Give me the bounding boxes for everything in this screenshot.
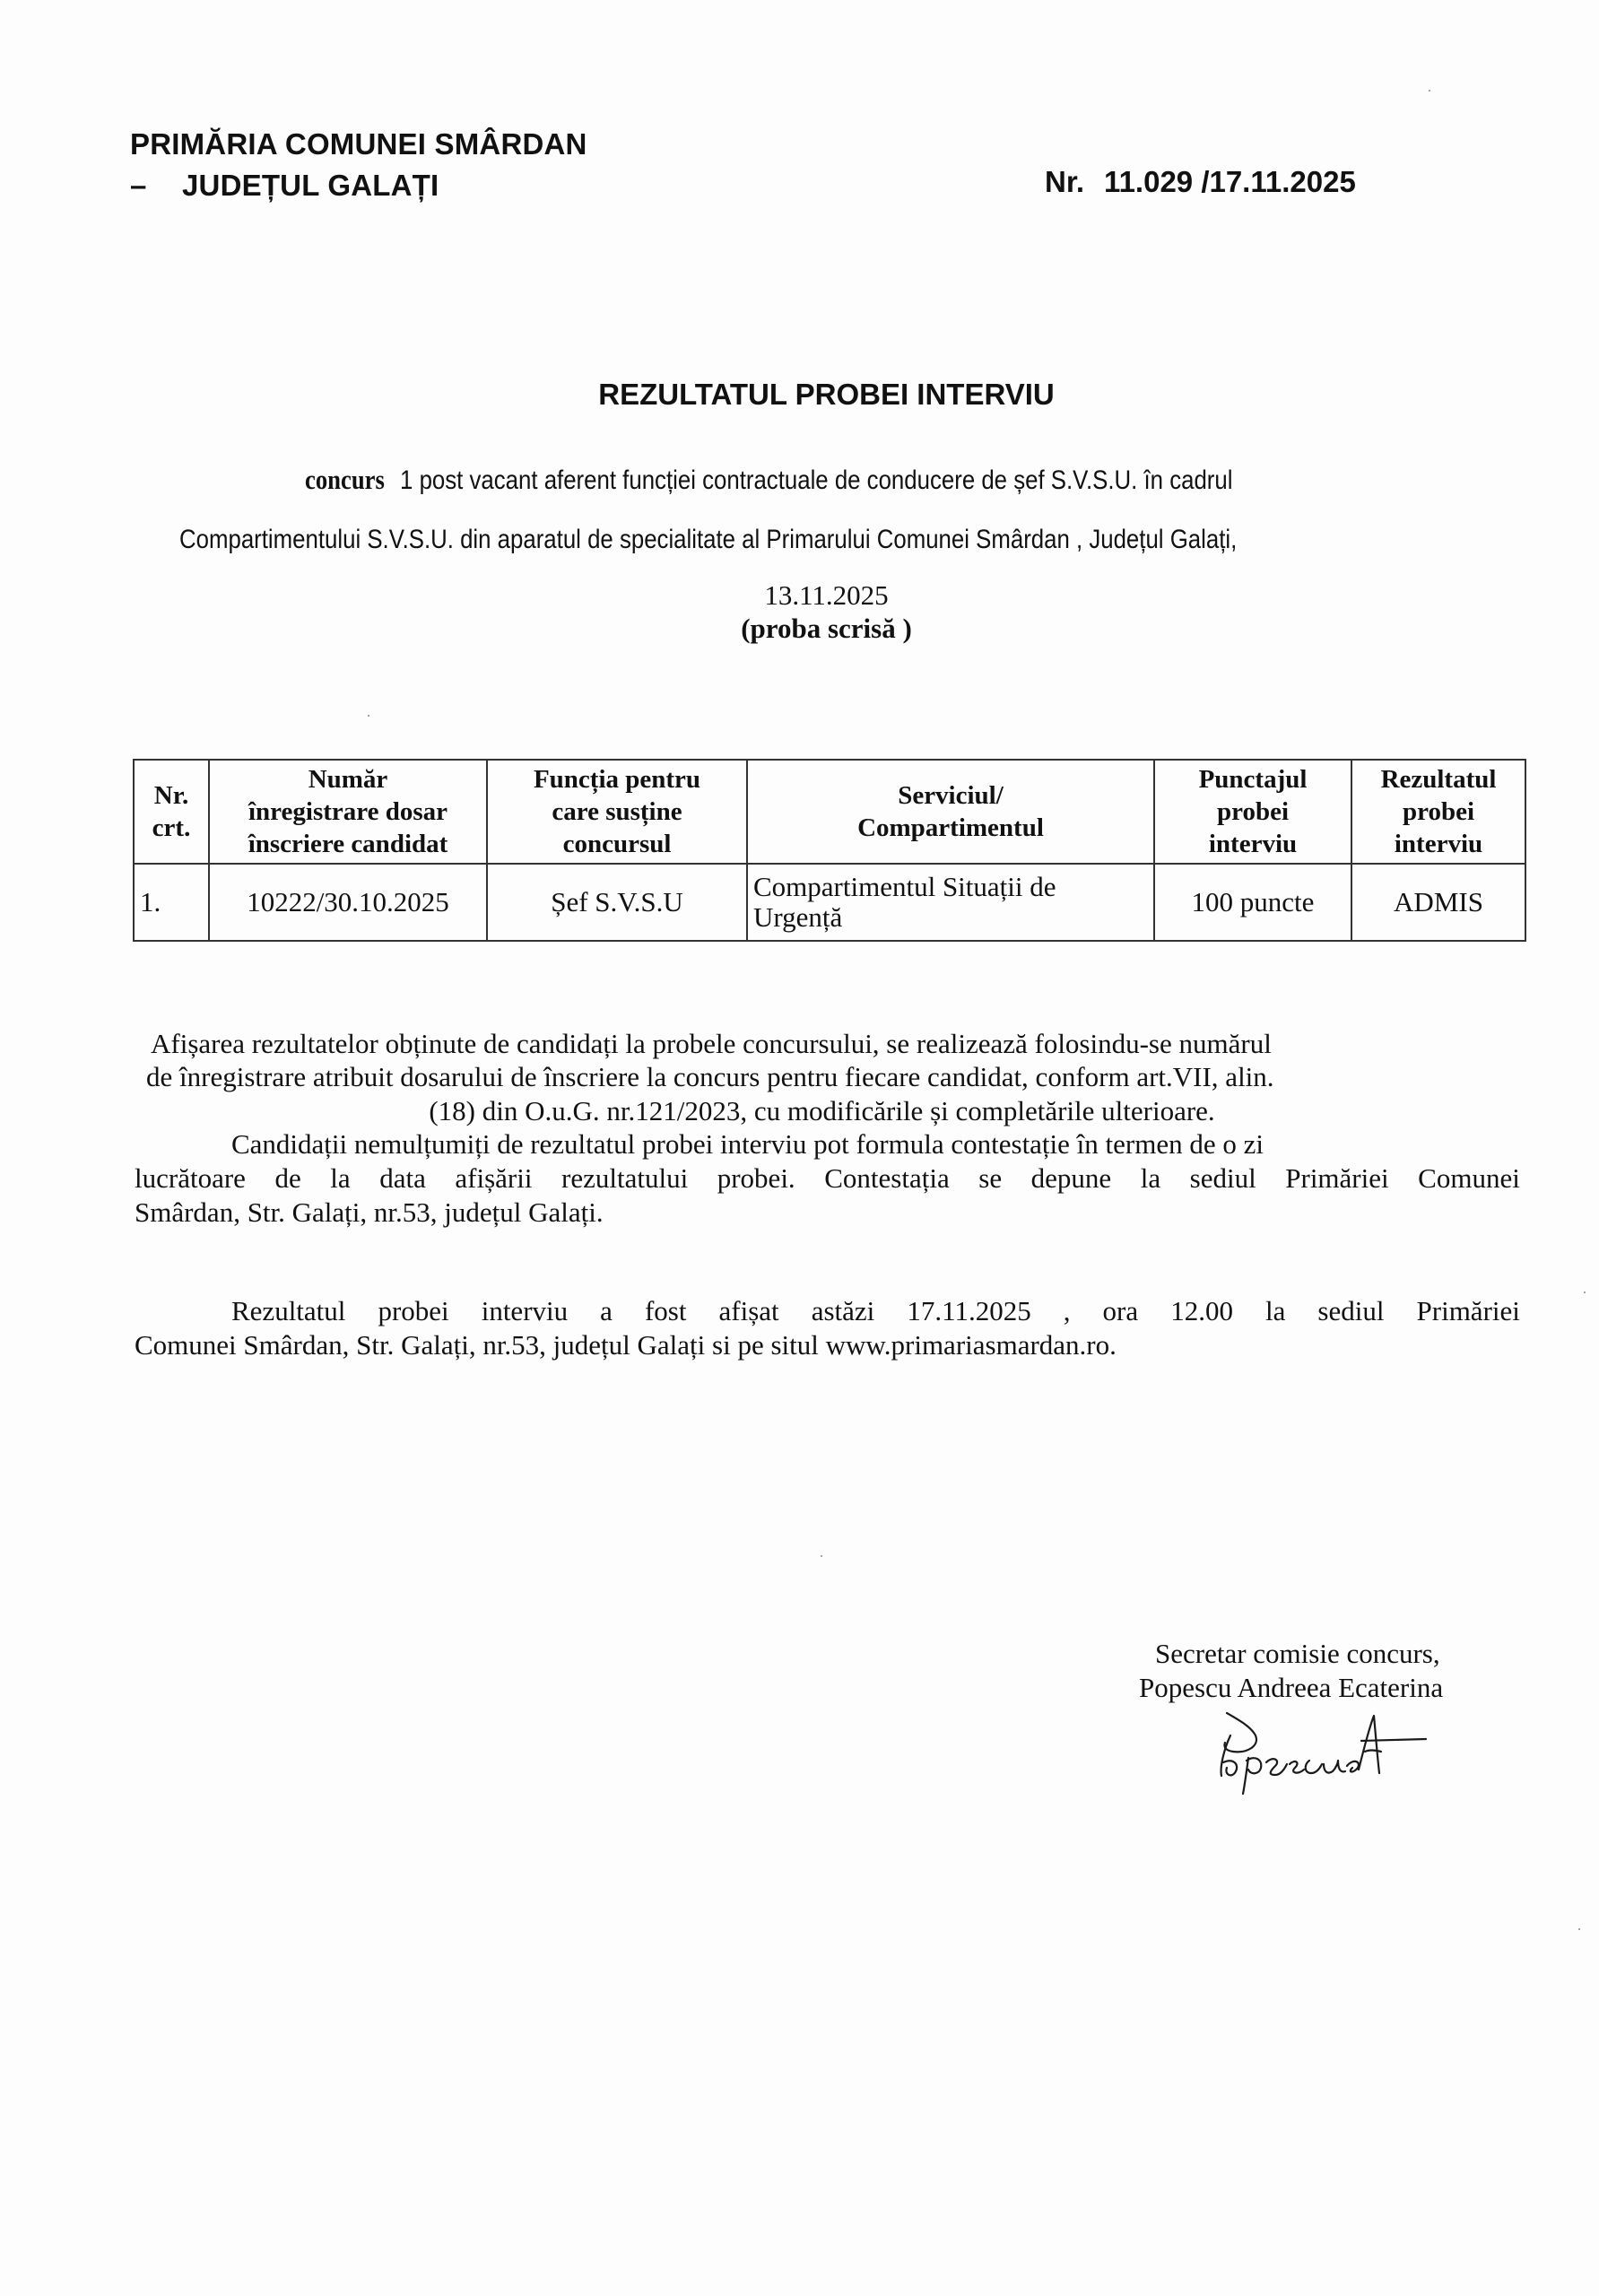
concurs-label: concurs xyxy=(305,464,385,495)
document-number: Nr.11.029 /17.11.2025 xyxy=(1045,165,1356,199)
county-name: JUDEȚUL GALAȚI xyxy=(182,169,439,202)
cell-score: 100 puncte xyxy=(1154,864,1351,941)
header-function: Funcția pentru care susține concursul xyxy=(487,760,747,864)
header-score: Punctajul probei interviu xyxy=(1154,760,1351,864)
paragraph-2-line-3: Smârdan, Str. Galați, nr.53, județul Gal… xyxy=(135,1196,604,1229)
intro-line-1: concurs1 post vacant aferent funcției co… xyxy=(305,464,1232,496)
institution-county: –JUDEȚUL GALAȚI xyxy=(130,169,439,203)
header-nr-crt: Nr. crt. xyxy=(134,760,209,864)
institution-name: PRIMĂRIA COMUNEI SMÂRDAN xyxy=(130,127,587,161)
cell-result: ADMIS xyxy=(1351,864,1525,941)
table-header-row: Nr. crt. Număr înregistrare dosar înscri… xyxy=(134,760,1525,864)
paragraph-1-line-3: (18) din O.u.G. nr.121/2023, cu modifică… xyxy=(0,1095,1599,1127)
paragraph-2-line-1: Candidații nemulțumiți de rezultatul pro… xyxy=(231,1128,1264,1161)
results-table: Nr. crt. Număr înregistrare dosar înscri… xyxy=(133,759,1526,942)
paragraph-3-line-1: Rezultatulprobeiinterviuafostafișatastăz… xyxy=(231,1295,1520,1327)
paragraph-2-line-2: lucrătoaredeladataafișăriirezultatuluipr… xyxy=(135,1162,1520,1195)
scan-speck xyxy=(821,1555,822,1557)
header-result: Rezultatul probei interviu xyxy=(1351,760,1525,864)
document-page: PRIMĂRIA COMUNEI SMÂRDAN –JUDEȚUL GALAȚI… xyxy=(0,0,1599,2296)
intro-line-1-text: 1 post vacant aferent funcției contractu… xyxy=(400,465,1232,495)
exam-date: 13.11.2025 xyxy=(0,579,1599,612)
signatory-name: Popescu Andreea Ecaterina xyxy=(1139,1672,1443,1704)
paragraph-1-line-2: de înregistrare atribuit dosarului de în… xyxy=(146,1061,1274,1093)
scan-speck xyxy=(368,715,369,717)
header-registration-number: Număr înregistrare dosar înscriere candi… xyxy=(209,760,487,864)
document-number-label: Nr. xyxy=(1045,165,1084,198)
cell-function: Șef S.V.S.U xyxy=(487,864,747,941)
header-department: Serviciul/ Compartimentul xyxy=(747,760,1154,864)
cell-nr: 1. xyxy=(134,864,209,941)
cell-department: Compartimentul Situații de Urgență xyxy=(747,864,1154,941)
scan-speck xyxy=(1429,90,1430,91)
cell-registration: 10222/30.10.2025 xyxy=(209,864,487,941)
document-title: REZULTATUL PROBEI INTERVIU xyxy=(0,378,1599,412)
intro-line-2: Compartimentului S.V.S.U. din aparatul d… xyxy=(179,525,1237,555)
signatory-role: Secretar comisie concurs, xyxy=(1155,1638,1440,1670)
dash: – xyxy=(130,169,182,203)
paragraph-3-line-2: Comunei Smârdan, Str. Galați, nr.53, jud… xyxy=(135,1329,1117,1361)
probe-type: (proba scrisă ) xyxy=(0,613,1599,645)
scan-speck xyxy=(1584,1291,1586,1293)
scan-speck xyxy=(1578,1928,1580,1930)
table-row: 1. 10222/30.10.2025 Șef S.V.S.U Comparti… xyxy=(134,864,1525,941)
document-number-value: 11.029 /17.11.2025 xyxy=(1104,165,1356,198)
paragraph-1-line-1: Afișarea rezultatelor obținute de candid… xyxy=(151,1028,1272,1060)
handwritten-signature-icon xyxy=(1211,1709,1462,1798)
